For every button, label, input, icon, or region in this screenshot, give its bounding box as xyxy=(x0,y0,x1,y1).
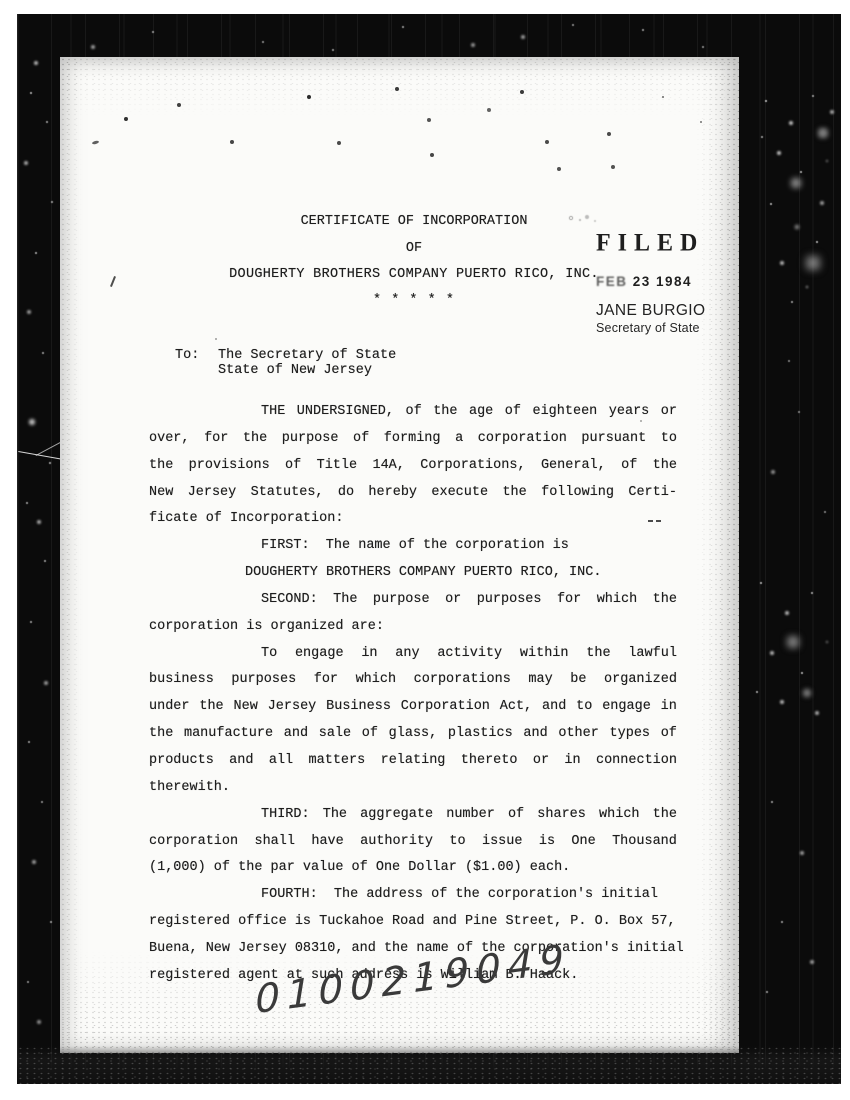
body-line: businesspurposesforwhichcorporationsmayb… xyxy=(149,667,677,694)
body-line: corporation is organized are: xyxy=(149,614,677,641)
body-line: ficate of Incorporation: xyxy=(149,506,677,533)
secretary-name: JANE BURGIO xyxy=(596,302,726,320)
secretary-title: Secretary of State xyxy=(596,321,726,335)
body-line: THEUNDERSIGNED,oftheageofeighteenyearsor xyxy=(149,399,677,426)
body-line: undertheNewJerseyBusinessCorporationAct,… xyxy=(149,694,677,721)
body-line: FOURTH: The address of the corporation's… xyxy=(149,882,677,909)
body-line: theprovisionsofTitle14A,Corporations,Gen… xyxy=(149,453,677,480)
body-line: THIRD:Theaggregatenumberofshareswhichthe xyxy=(149,802,677,829)
filed-stamp-day-year: 23 1984 xyxy=(633,274,692,289)
body-line: productsandallmattersrelatingtheretoorin… xyxy=(149,748,677,775)
paper-specks xyxy=(0,0,2,2)
addressee-line: State of New Jersey xyxy=(218,364,396,379)
filed-stamp: FILED FEB 23 1984 JANE BURGIO Secretary … xyxy=(596,230,726,335)
filed-stamp-date: FEB 23 1984 xyxy=(596,274,726,289)
body-line: therewith. xyxy=(149,775,677,802)
body-line: (1,000) of the par value of One Dollar (… xyxy=(149,855,677,882)
filed-stamp-word: FILED xyxy=(596,229,726,257)
filed-stamp-month: FEB xyxy=(596,274,628,289)
scan-bottom-grit xyxy=(17,1046,841,1084)
addressee-line: The Secretary of State xyxy=(218,349,396,364)
title-line: CERTIFICATE OF INCORPORATION xyxy=(150,214,678,229)
addressee-block: To: The Secretary of State State of New … xyxy=(175,349,396,378)
body-line: over,forthepurposeofformingacorporationp… xyxy=(149,426,677,453)
body-line: registered office is Tuckahoe Road and P… xyxy=(149,909,677,936)
body-line: DOUGHERTY BROTHERS COMPANY PUERTO RICO, … xyxy=(149,560,677,587)
body-line: SECOND:Thepurposeorpurposesforwhichthe xyxy=(149,587,677,614)
body-line: Toengageinanyactivitywithinthelawful xyxy=(149,641,677,668)
body-line: NewJerseyStatutes,doherebyexecutethefoll… xyxy=(149,480,677,507)
addressee-label: To: xyxy=(175,349,218,364)
body-line: themanufactureandsaleofglass,plasticsand… xyxy=(149,721,677,748)
scanned-page: CERTIFICATE OF INCORPORATION OF DOUGHERT… xyxy=(0,0,850,1100)
body-lines: THEUNDERSIGNED,oftheageofeighteenyearsor… xyxy=(149,399,677,990)
body-line: FIRST: The name of the corporation is xyxy=(149,533,677,560)
body-line: corporationshallhaveauthoritytoissueisOn… xyxy=(149,829,677,856)
